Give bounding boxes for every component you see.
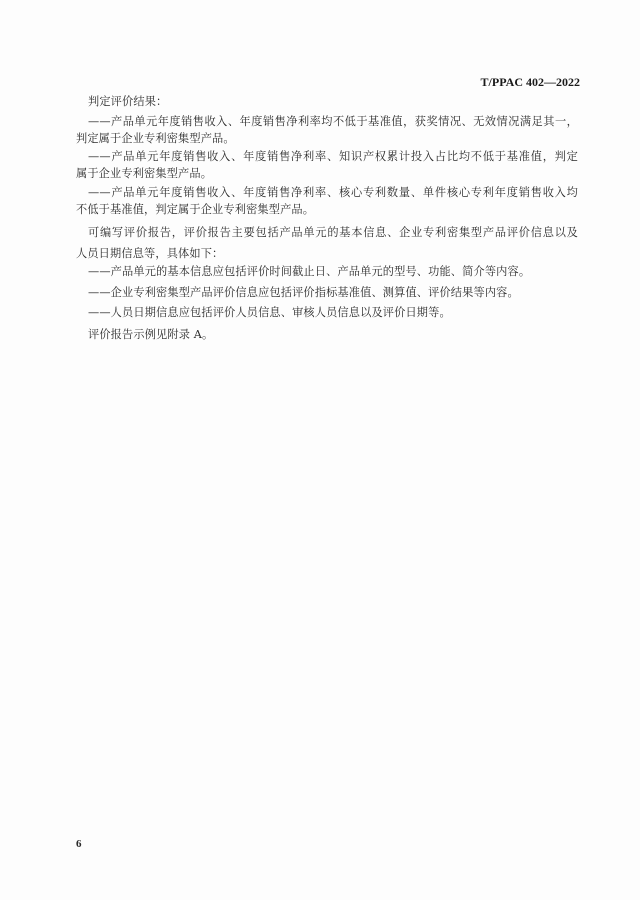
paragraph-line: ——产品单元年度销售收入、年度销售净利率、知识产权累计投入占比均不低于基准值，判… bbox=[88, 150, 578, 164]
standard-code-header: T/PPAC 402—2022 bbox=[481, 75, 580, 90]
paragraph-line: 可编写评价报告，评价报告主要包括产品单元的基本信息、企业专利密集型产品评价信息以… bbox=[88, 226, 578, 240]
page-number: 6 bbox=[76, 838, 82, 850]
paragraph-line: 属于企业专利密集型产品。 bbox=[76, 167, 578, 181]
list-item: ——人员日期信息应包括评价人员信息、审核人员信息以及评价日期等。 bbox=[88, 306, 578, 320]
list-item: ——产品单元的基本信息应包括评价时间截止日、产品单元的型号、功能、简介等内容。 bbox=[88, 265, 578, 279]
list-item: ——企业专利密集型产品评价信息应包括评价指标基准值、测算值、评价结果等内容。 bbox=[88, 286, 578, 300]
paragraph-line: 判定评价结果： bbox=[88, 95, 578, 109]
paragraph-line: 评价报告示例见附录 A。 bbox=[88, 328, 578, 342]
paragraph-line: 不低于基准值，判定属于企业专利密集型产品。 bbox=[76, 203, 578, 217]
paragraph-line: 判定属于企业专利密集型产品。 bbox=[76, 132, 578, 146]
paragraph-line: ——产品单元年度销售收入、年度销售净利率、核心专利数量、单件核心专利年度销售收入… bbox=[88, 186, 578, 200]
paragraph-line: ——产品单元年度销售收入、年度销售净利率均不低于基准值，获奖情况、无效情况满足其… bbox=[88, 115, 578, 129]
paragraph-line: 人员日期信息等，具体如下： bbox=[76, 247, 578, 261]
